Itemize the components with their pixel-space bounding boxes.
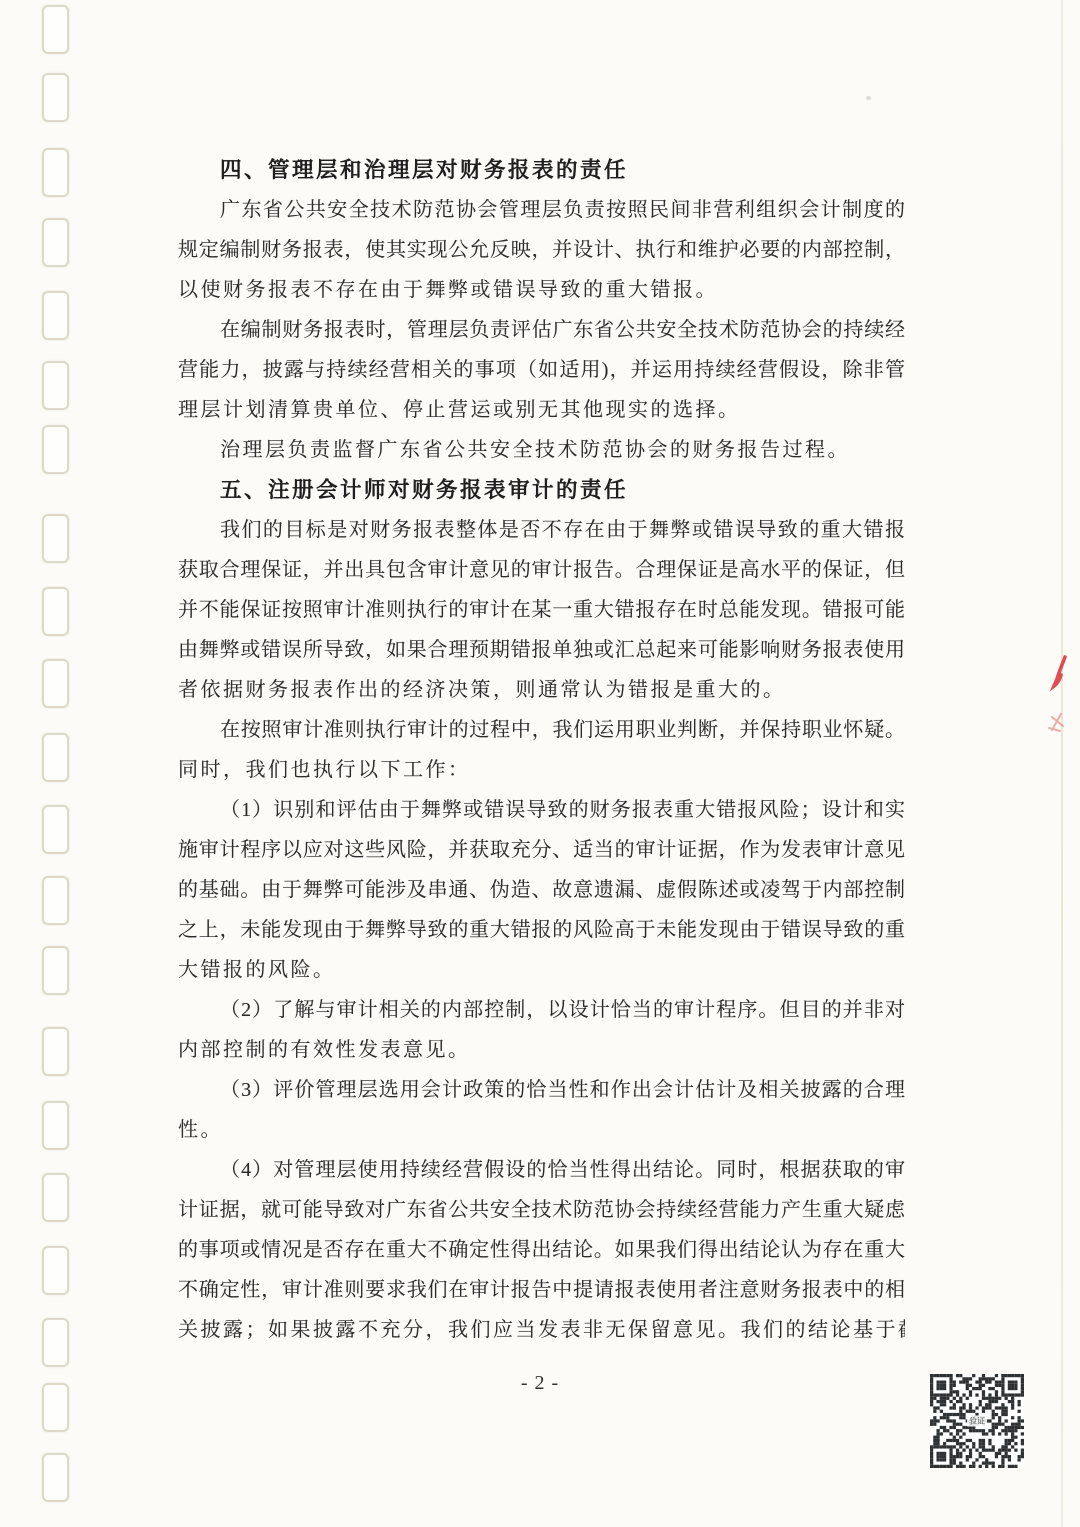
scan-speck bbox=[866, 96, 871, 100]
text-line: 的事项或情况是否存在重大不确定性得出结论。如果我们得出结论认为存在重大 bbox=[178, 1230, 905, 1270]
text-line: 的基础。由于舞弊可能涉及串通、伪造、故意遗漏、虚假陈述或凌驾于内部控制 bbox=[178, 870, 905, 910]
text-line: 在按照审计准则执行审计的过程中，我们运用职业判断，并保持职业怀疑。 bbox=[178, 710, 905, 750]
binding-hole bbox=[42, 218, 69, 267]
binding-hole bbox=[42, 514, 69, 563]
binding-hole bbox=[42, 1027, 69, 1076]
binding-hole bbox=[42, 1173, 69, 1222]
paragraph: 广东省公共安全技术防范协会管理层负责按照民间非营利组织会计制度的规定编制财务报表… bbox=[178, 190, 905, 310]
text-line: （1）识别和评估由于舞弊或错误导致的财务报表重大错报风险；设计和实 bbox=[178, 790, 905, 830]
paper-edge-line bbox=[1061, 0, 1063, 1527]
binding-hole bbox=[42, 876, 69, 925]
binding-hole bbox=[42, 1318, 69, 1367]
paragraph: （1）识别和评估由于舞弊或错误导致的财务报表重大错报风险；设计和实施审计程序以应… bbox=[178, 790, 905, 990]
text-line: 同时，我们也执行以下工作： bbox=[178, 750, 905, 790]
text-line: 计证据，就可能导致对广东省公共安全技术防范协会持续经营能力产生重大疑虑 bbox=[178, 1190, 905, 1230]
text-line: 在编制财务报表时，管理层负责评估广东省公共安全技术防范协会的持续经 bbox=[178, 310, 905, 350]
paragraph: （3）评价管理层选用会计政策的恰当性和作出会计估计及相关披露的合理性。 bbox=[178, 1070, 905, 1150]
binding-hole bbox=[42, 1246, 69, 1295]
text-line: 大错报的风险。 bbox=[178, 950, 905, 990]
text-line: 由舞弊或错误所导致，如果合理预期错报单独或汇总起来可能影响财务报表使用 bbox=[178, 630, 905, 670]
binding-hole bbox=[42, 733, 69, 782]
paragraph: 我们的目标是对财务报表整体是否不存在由于舞弊或错误导致的重大错报获取合理保证，并… bbox=[178, 510, 905, 710]
binding-hole bbox=[42, 1453, 69, 1502]
text-line: 性。 bbox=[178, 1110, 905, 1150]
text-line: 获取合理保证，并出具包含审计意见的审计报告。合理保证是高水平的保证，但 bbox=[178, 550, 905, 590]
text-line: 治理层负责监督广东省公共安全技术防范协会的财务报告过程。 bbox=[178, 430, 905, 470]
text-line: 关披露；如果披露不充分，我们应当发表非无保留意见。我们的结论基于截至审 bbox=[178, 1310, 905, 1350]
paragraph: （2）了解与审计相关的内部控制，以设计恰当的审计程序。但目的并非对内部控制的有效… bbox=[178, 990, 905, 1070]
text-line: 之上，未能发现由于舞弊导致的重大错报的风险高于未能发现由于错误导致的重 bbox=[178, 910, 905, 950]
text-line: （3）评价管理层选用会计政策的恰当性和作出会计估计及相关披露的合理 bbox=[178, 1070, 905, 1110]
binding-hole bbox=[42, 1101, 69, 1150]
binding-hole bbox=[42, 425, 69, 474]
binding-hole bbox=[42, 5, 69, 54]
text-line: 并不能保证按照审计准则执行的审计在某一重大错报存在时总能发现。错报可能 bbox=[178, 590, 905, 630]
text-line: 施审计程序以应对这些风险，并获取充分、适当的审计证据，作为发表审计意见 bbox=[178, 830, 905, 870]
binding-hole bbox=[42, 587, 69, 636]
section-heading: 四、管理层和治理层对财务报表的责任 bbox=[178, 150, 905, 190]
text-line: （4）对管理层使用持续经营假设的恰当性得出结论。同时，根据获取的审 bbox=[178, 1150, 905, 1190]
section-heading: 五、注册会计师对财务报表审计的责任 bbox=[178, 470, 905, 510]
paragraph: 治理层负责监督广东省公共安全技术防范协会的财务报告过程。 bbox=[178, 430, 905, 470]
binding-hole bbox=[42, 291, 69, 340]
red-ink-marks bbox=[1040, 645, 1074, 745]
text-line: 营能力，披露与持续经营相关的事项（如适用)，并运用持续经营假设，除非管 bbox=[178, 350, 905, 390]
text-line: 者依据财务报表作出的经济决策，则通常认为错报是重大的。 bbox=[178, 670, 905, 710]
binding-hole bbox=[42, 148, 69, 197]
text-line: 五、注册会计师对财务报表审计的责任 bbox=[178, 470, 905, 510]
text-line: 内部控制的有效性发表意见。 bbox=[178, 1030, 905, 1070]
qr-center-label: 验证 bbox=[967, 1416, 987, 1427]
text-line: 理层计划清算贵单位、停止营运或别无其他现实的选择。 bbox=[178, 390, 905, 430]
scanned-audit-report-page: 四、管理层和治理层对财务报表的责任广东省公共安全技术防范协会管理层负责按照民间非… bbox=[0, 0, 1080, 1527]
binding-hole bbox=[42, 946, 69, 995]
qr-code: 验证 bbox=[930, 1374, 1024, 1468]
report-body: 四、管理层和治理层对财务报表的责任广东省公共安全技术防范协会管理层负责按照民间非… bbox=[178, 150, 905, 1350]
binding-hole bbox=[42, 73, 69, 122]
text-line: （2）了解与审计相关的内部控制，以设计恰当的审计程序。但目的并非对 bbox=[178, 990, 905, 1030]
paragraph: 在编制财务报表时，管理层负责评估广东省公共安全技术防范协会的持续经营能力，披露与… bbox=[178, 310, 905, 430]
binding-hole bbox=[42, 659, 69, 708]
text-line: 四、管理层和治理层对财务报表的责任 bbox=[178, 150, 905, 190]
text-line: 我们的目标是对财务报表整体是否不存在由于舞弊或错误导致的重大错报 bbox=[178, 510, 905, 550]
binding-hole bbox=[42, 361, 69, 410]
text-line: 不确定性，审计准则要求我们在审计报告中提请报表使用者注意财务报表中的相 bbox=[178, 1270, 905, 1310]
text-line: 广东省公共安全技术防范协会管理层负责按照民间非营利组织会计制度的 bbox=[178, 190, 905, 230]
binding-hole bbox=[42, 805, 69, 854]
paragraph: （4）对管理层使用持续经营假设的恰当性得出结论。同时，根据获取的审计证据，就可能… bbox=[178, 1150, 905, 1350]
page-number: - 2 - bbox=[0, 1368, 1080, 1398]
text-line: 规定编制财务报表，使其实现公允反映，并设计、执行和维护必要的内部控制， bbox=[178, 230, 905, 270]
paragraph: 在按照审计准则执行审计的过程中，我们运用职业判断，并保持职业怀疑。同时，我们也执… bbox=[178, 710, 905, 790]
text-line: 以使财务报表不存在由于舞弊或错误导致的重大错报。 bbox=[178, 270, 905, 310]
